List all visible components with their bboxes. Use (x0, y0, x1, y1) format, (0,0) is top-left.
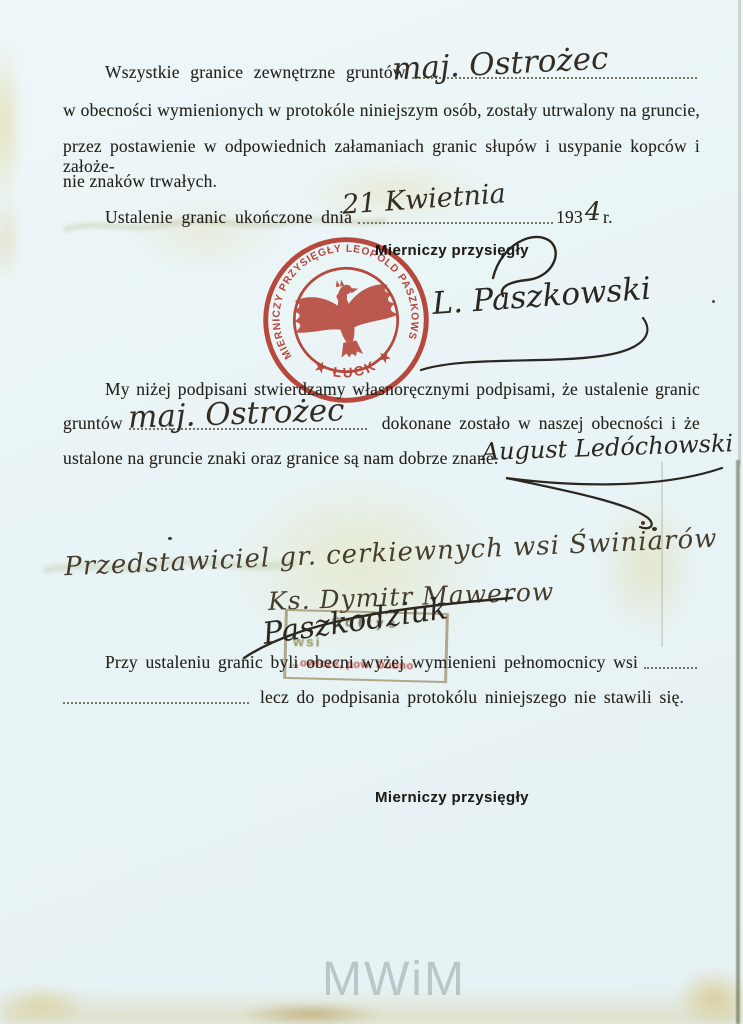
paragraph2-line1: My niżej podpisani stwierdzamy własnoręc… (105, 379, 700, 399)
surveyor-heading-bottom: Mierniczy przysięgły (375, 789, 529, 806)
handwriting-estate-name-2: maj. Ostrożec (127, 392, 345, 436)
paragraph2-line1-wrap: My niżej podpisani stwierdzamy własnoręc… (63, 379, 700, 399)
date-line-text: Ustalenie granic ukończone dnia (105, 207, 352, 227)
handwriting-year-digit: 4 (585, 198, 601, 227)
stain-bottom-right-corner (676, 968, 743, 1024)
svg-text:August Ledóchowski: August Ledóchowski (479, 429, 733, 466)
scan-edge-right-light (738, 0, 741, 465)
year-suffix: r. (603, 207, 613, 227)
scanned-document-page: Wszystkie granice zewnętrzne gruntów maj… (0, 0, 743, 1024)
ink-speck-3 (168, 537, 172, 540)
paragraph1-line1-text: Wszystkie granice zewnętrzne gruntów (105, 62, 406, 82)
stain-left-edge-top (0, 40, 20, 210)
archive-watermark: MWiM (322, 952, 466, 1007)
paragraph3-line2: lecz do podpisania protokólu niniejszego… (63, 687, 700, 707)
signature-owner: August Ledóchowski (478, 428, 743, 533)
year-prefix: 193 (556, 207, 583, 227)
fill-rule-village-names-1 (644, 665, 697, 669)
fill-rule-village-names-2 (63, 700, 249, 704)
paragraph3-line1: Przy ustaleniu granic byli obecni wyżej … (63, 652, 700, 672)
paragraph1-line2: w obecności wymienionych w protokóle nin… (63, 100, 700, 120)
stain-right-mid (600, 495, 695, 635)
paragraph3-line1-text: Przy ustaleniu granic byli obecni wyżej … (105, 652, 638, 672)
stain-left-edge-mid (0, 190, 20, 285)
paragraph1-line4: nie znaków trwałych. (63, 171, 217, 191)
paragraph2-line2-before: gruntów (63, 413, 123, 433)
svg-text:L. Paszkowski: L. Paszkowski (430, 271, 652, 322)
handwriting-representative-line1: Przedstawiciel gr. cerkiewnych wsi Świni… (64, 524, 718, 582)
paragraph2-line2-after: dokonane zostało w naszej obecności i że (382, 413, 700, 433)
scan-edge-right-dark (736, 460, 740, 1024)
paragraph2-line3: ustalone na gruncie znaki oraz granice s… (63, 448, 498, 468)
ink-speck-1 (641, 521, 645, 525)
ink-speck-4 (712, 300, 715, 303)
paragraph3-line2-text: lecz do podpisania protokólu niniejszego… (260, 687, 684, 707)
stain-bottom-left-corner (0, 984, 89, 1024)
